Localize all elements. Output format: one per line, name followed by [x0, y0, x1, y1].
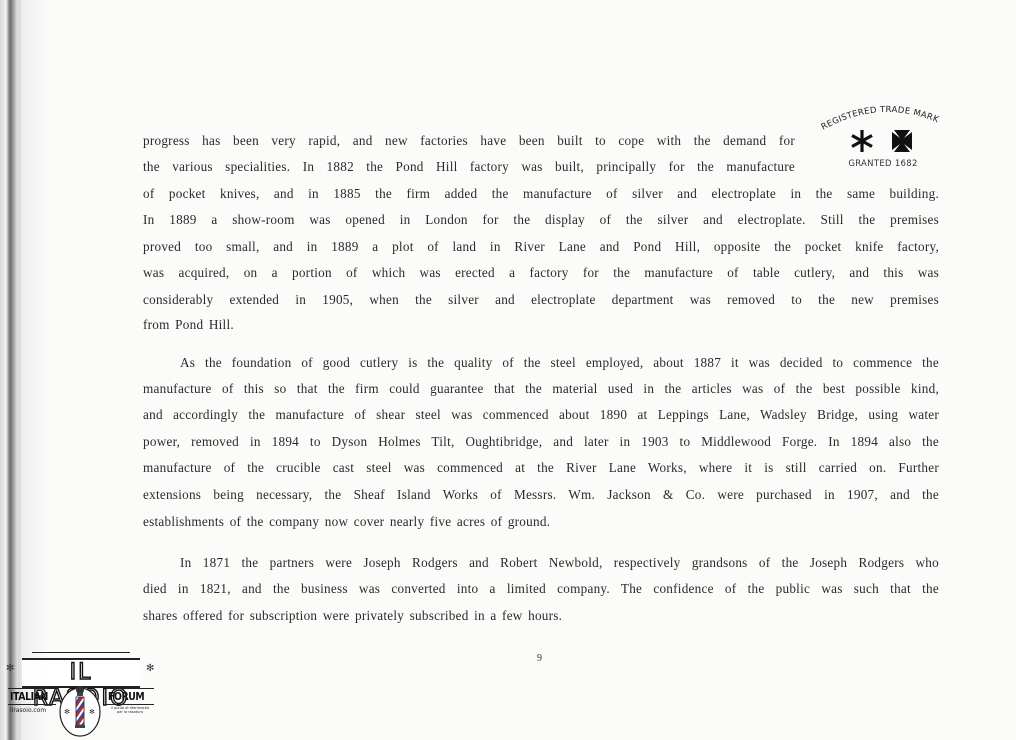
- trademark-granted-text: GRANTED 1682: [815, 159, 951, 169]
- trademark-symbols: [848, 127, 928, 155]
- text-line: power, removed in 1894 to Dyson Holmes T…: [143, 434, 939, 450]
- logo-ornament-icon: ✻: [6, 663, 14, 674]
- logo-top-rule: [32, 652, 130, 653]
- text-line: In 1871 the partners were Joseph Rodgers…: [180, 555, 939, 571]
- star-asterisk-icon: [852, 130, 872, 152]
- text-line: the various specialities. In 1882 the Po…: [143, 159, 795, 175]
- text-line: died in 1821, and the business was conve…: [143, 581, 939, 597]
- logo-rule: [106, 704, 154, 705]
- logo-italian-text: ITALIAN: [10, 690, 48, 703]
- text-line: progress has been very rapid, and new fa…: [143, 133, 795, 149]
- text-line: considerably extended in 1905, when the …: [143, 292, 939, 308]
- logo-rule: [8, 704, 56, 705]
- logo-forum-text: FORUM: [108, 690, 144, 703]
- svg-text:✻: ✻: [64, 708, 70, 716]
- barber-pole-icon: ✻ ✻: [58, 678, 102, 738]
- text-line: and accordingly the manufacture of shear…: [143, 407, 939, 423]
- text-line: from Pond Hill.: [143, 317, 234, 333]
- il-rasoio-watermark-logo: ✻ ✻ IL RASOIO ITALIAN FORUM ilrasoio.com…: [2, 640, 160, 740]
- text-line: manufacture of this so that the firm cou…: [143, 381, 939, 397]
- svg-text:✻: ✻: [89, 708, 95, 716]
- logo-rule: [106, 688, 154, 689]
- text-line: was acquired, on a portion of which was …: [143, 265, 939, 281]
- maltese-cross-icon: [892, 130, 912, 152]
- text-line: extensions being necessary, the Sheaf Is…: [143, 487, 939, 503]
- page-number: 9: [537, 653, 542, 664]
- gutter-shadow: [18, 0, 48, 740]
- text-line: proved too small, and in 1889 a plot of …: [143, 239, 939, 255]
- logo-tagline-text: il punto di riferimento per la rasatura: [110, 706, 150, 714]
- text-line: manufacture of the crucible cast steel w…: [143, 460, 939, 476]
- text-line: establishments of the company now cover …: [143, 514, 550, 530]
- logo-url-text: ilrasoio.com: [10, 707, 46, 714]
- text-line: of pocket knives, and in 1885 the firm a…: [143, 186, 939, 202]
- logo-rule: [8, 688, 56, 689]
- text-line: As the foundation of good cutlery is the…: [180, 355, 939, 371]
- text-line: shares offered for subscription were pri…: [143, 608, 562, 624]
- logo-ornament-icon: ✻: [146, 663, 154, 674]
- text-line: In 1889 a show-room was opened in London…: [143, 212, 939, 228]
- registered-trademark: REGISTERED TRADE MARK GRANTED 1682: [815, 100, 965, 180]
